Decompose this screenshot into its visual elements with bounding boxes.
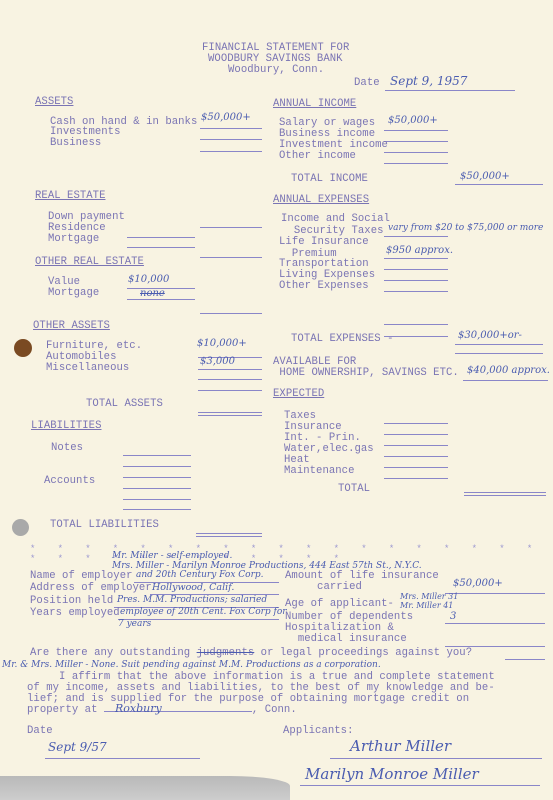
field-line [455,353,543,354]
field-line [384,280,448,281]
total-assets-label: TOTAL ASSETS [86,399,163,411]
exp-label-taxes: Income and Social Security Taxes [281,214,390,237]
years-value: employee of 20th Cent. Fox Corp for [120,607,287,617]
property-suffix: , Conn. [252,704,297,716]
field-line [200,139,262,140]
field-line [384,130,448,131]
employer-value: and 20th Century Fox Corp. [136,570,264,580]
field-line [445,593,545,594]
total-liabilities-label: TOTAL LIABILITIES [50,520,159,532]
annual-expenses-heading: ANNUAL EXPENSES [273,195,369,207]
sign-date-label: Date [27,726,53,738]
liab-label-notes: Notes [51,443,83,455]
inc-label-other: Other income [279,151,356,163]
signature-1: Arthur Miller [350,737,451,755]
field-line [196,533,262,534]
field-line [463,380,548,381]
field-line [123,499,191,500]
employer-label: Name of employer [30,571,133,583]
field-line [384,336,448,337]
annual-income-heading: ANNUAL INCOME [273,99,356,111]
ore-label-mortgage: Mortgage [48,288,99,300]
expected-heading: EXPECTED [273,389,324,401]
field-line [384,478,448,479]
asset-label-business: Business [50,138,101,150]
field-line [123,509,191,510]
title-line-3: Woodbury, Conn. [228,65,324,77]
date-label: Date [354,78,380,90]
total-expenses-label: TOTAL EXPENSES - [291,334,394,346]
total-income-label: TOTAL INCOME [291,174,368,186]
ore-value-mortgage: none [140,288,165,299]
oa-label-misc: Miscellaneous [46,363,129,375]
field-line [200,227,262,228]
signature-date-line [45,758,200,759]
field-line [384,236,448,237]
punch-hole [14,339,32,357]
field-line [123,455,191,456]
field-line [123,477,191,478]
other-assets-heading: OTHER ASSETS [33,321,110,333]
property-value: Roxbury [115,702,162,715]
dependents-value: 3 [450,611,456,622]
ore-value-value: $10,000 [128,274,169,285]
field-line [384,434,448,435]
field-line [200,151,262,152]
field-line [198,379,262,380]
field-line [196,536,262,537]
field-line [445,623,545,624]
oa-value-furniture: $10,000+ [197,338,247,349]
exp-value-life-insurance: $950 approx. [386,245,453,256]
asset-value-cash: $50,000+ [201,112,251,123]
total-income-value: $50,000+ [460,171,510,182]
re-label-mortgage: Mortgage [48,234,99,246]
field-line [198,369,262,370]
field-line [200,128,262,129]
position-label: Position held [30,596,113,608]
punch-hole [12,519,29,536]
field-line [127,299,195,300]
exp-label-other: Other Expenses [279,281,369,293]
available-value: $40,000 approx. [467,365,550,376]
field-line [384,258,448,259]
signature-2: Marilyn Monroe Miller [305,765,479,783]
exp-label-life-insurance: Life Insurance Premium [279,237,369,260]
field-line [464,492,546,493]
field-line [384,467,448,468]
field-line [127,247,195,248]
real-estate-heading: REAL ESTATE [35,191,105,203]
field-line [384,141,448,142]
legal-question: Are there any outstanding judgments or l… [30,648,472,660]
signature-line-2 [300,785,540,786]
years-value-2: 7 years [118,619,151,629]
field-line [384,445,448,446]
field-line [455,184,543,185]
field-line [384,163,448,164]
hospitalization-label-2: medical insurance [285,634,407,646]
field-line [198,415,262,416]
field-line [505,659,545,660]
field-line [127,237,195,238]
field-line [198,412,262,413]
field-line [384,269,448,270]
legal-question-pre: Are there any outstanding [30,647,197,659]
applicants-label: Applicants: [283,726,353,738]
life-insurance-value: $50,000+ [453,578,503,589]
other-real-estate-heading: OTHER REAL ESTATE [35,257,144,269]
sign-date-value: Sept 9/57 [48,740,107,754]
available-label-2: HOME OWNERSHIP, SAVINGS ETC. [273,368,459,380]
field-line [123,466,191,467]
address-value: Hollywood, Calif. [152,582,234,593]
exp-value-taxes: vary from $20 to $75,000 or more [388,223,543,233]
field-line [384,456,448,457]
total-expenses-value: $30,000+or- [458,330,522,341]
expected-label-maintenance: Maintenance [284,466,354,478]
field-line [200,257,262,258]
age-value-2: Mr. Miller 41 [400,601,453,610]
field-line [384,324,448,325]
inc-value-salary: $50,000+ [388,115,438,126]
field-line [464,495,546,496]
signature-line-1 [330,758,542,759]
field-line [384,152,448,153]
legal-question-post: or legal proceedings against you? [254,647,472,659]
life-insurance-label-2: carried [285,582,362,594]
field-line [200,313,262,314]
age-label: Age of applicant- [285,599,394,611]
liabilities-heading: LIABILITIES [31,421,101,433]
liab-label-accounts: Accounts [44,476,95,488]
field-line [384,291,448,292]
financial-statement-page: FINANCIAL STATEMENT FOR WOODBURY SAVINGS… [0,0,553,800]
oa-value-automobiles: $3,000 [200,356,235,367]
position-value: Pres. M.M. Productions; salaried [117,595,267,605]
field-line [455,344,543,345]
date-value: Sept 9, 1957 [390,74,467,88]
field-line [198,390,262,391]
years-label: Years employed [30,608,120,620]
field-line [384,423,448,424]
field-line [123,488,191,489]
legal-answer: Mr. & Mrs. Miller - None. Suit pending a… [2,660,381,670]
age-value-1: Mrs. Miller 31 [400,592,458,601]
assets-heading: ASSETS [35,97,73,109]
date-line [385,90,515,91]
property-label: property at [27,704,104,716]
page-fold-shadow [0,776,290,800]
legal-question-struck: judgments [197,647,255,659]
expected-total-label: TOTAL [338,484,370,496]
address-label: Address of employer [30,583,152,595]
employment-note-1: Mr. Miller - self-employed. [112,551,232,561]
